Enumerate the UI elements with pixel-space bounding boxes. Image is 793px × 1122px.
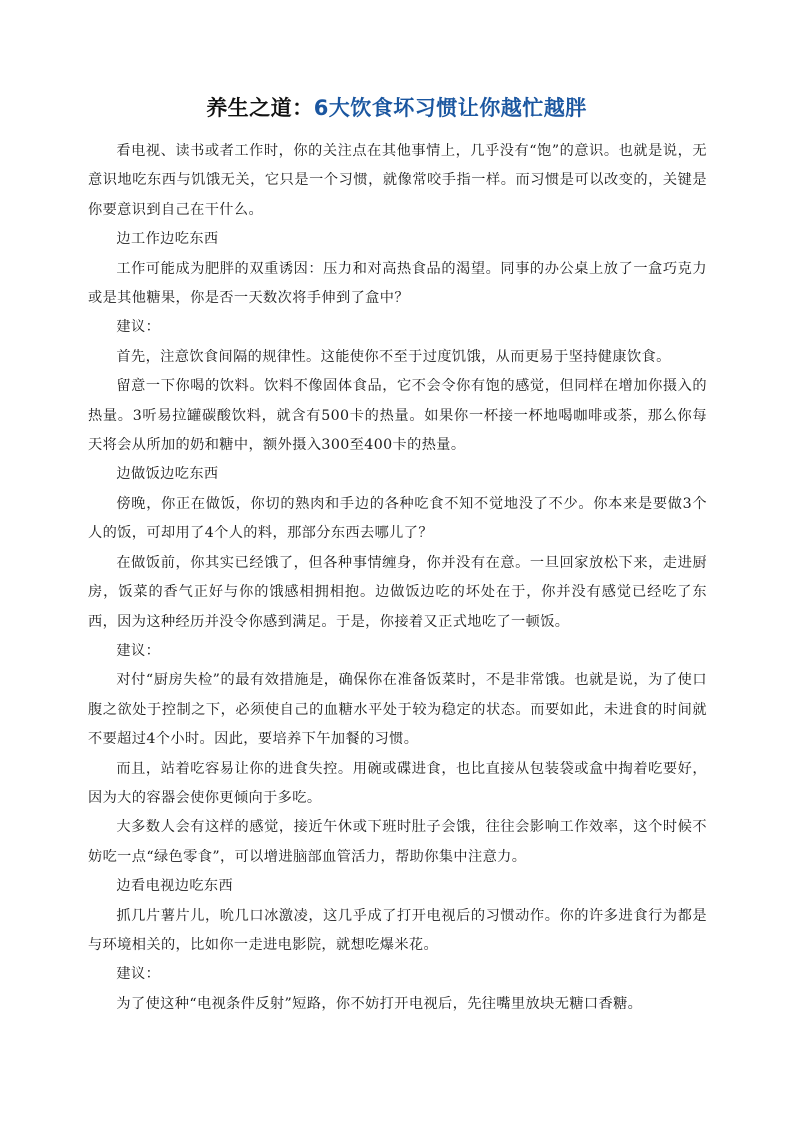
paragraph-work-description: 工作可能成为肥胖的双重诱因：压力和对高热食品的渴望。同事的办公桌上放了一盒巧克力… bbox=[88, 255, 707, 314]
paragraph-cooking-explanation: 在做饭前，你其实已经饿了，但各种事情缠身，你并没有在意。一旦回家放松下来，走进厨… bbox=[88, 549, 707, 637]
intro-paragraph: 看电视、读书或者工作时，你的关注点在其他事情上，几乎没有“饱”的意识。也就是说，… bbox=[88, 137, 707, 225]
paragraph-advice-drinks: 留意一下你喝的饮料。饮料不像固体食品，它不会令你有饱的感觉，但同样在增加你摄入的… bbox=[88, 372, 707, 460]
paragraph-tv-description: 抓几片薯片儿，吮几口冰激凌，这几乎成了打开电视后的习惯动作。你的许多进食行为都是… bbox=[88, 902, 707, 961]
document-body: 看电视、读书或者工作时，你的关注点在其他事情上，几乎没有“饱”的意识。也就是说，… bbox=[88, 137, 707, 1019]
paragraph-advice-snack: 大多数人会有这样的感觉，接近午休或下班时肚子会饿，往往会影响工作效率，这个时候不… bbox=[88, 813, 707, 872]
paragraph-advice-tv: 为了使这种“电视条件反射”短路，你不妨打开电视后，先往嘴里放块无糖口香糖。 bbox=[88, 990, 707, 1019]
section-heading-tv: 边看电视边吃东西 bbox=[88, 872, 707, 901]
title-main: 6大饮食坏习惯让你越忙越胖 bbox=[314, 96, 587, 120]
paragraph-cooking-description: 傍晚，你正在做饭，你切的熟肉和手边的各种吃食不知不觉地没了不少。你本来是要做3个… bbox=[88, 490, 707, 549]
advice-label: 建议： bbox=[88, 313, 707, 342]
title-prefix: 养生之道： bbox=[206, 96, 314, 120]
paragraph-advice-interval: 首先，注意饮食间隔的规律性。这能使你不至于过度饥饿，从而更易于坚持健康饮食。 bbox=[88, 343, 707, 372]
paragraph-advice-kitchen: 对付“厨房失检”的最有效措施是，确保你在准备饭菜时，不是非常饿。也就是说，为了使… bbox=[88, 666, 707, 754]
advice-label: 建议： bbox=[88, 960, 707, 989]
section-heading-cooking: 边做饭边吃东西 bbox=[88, 460, 707, 489]
document-page: 养生之道：6大饮食坏习惯让你越忙越胖 看电视、读书或者工作时，你的关注点在其他事… bbox=[0, 0, 793, 1122]
section-heading-work: 边工作边吃东西 bbox=[88, 225, 707, 254]
document-title: 养生之道：6大饮食坏习惯让你越忙越胖 bbox=[0, 93, 793, 123]
advice-label: 建议： bbox=[88, 637, 707, 666]
paragraph-advice-standing: 而且，站着吃容易让你的进食失控。用碗或碟进食，也比直接从包装袋或盒中掏着吃要好，… bbox=[88, 755, 707, 814]
